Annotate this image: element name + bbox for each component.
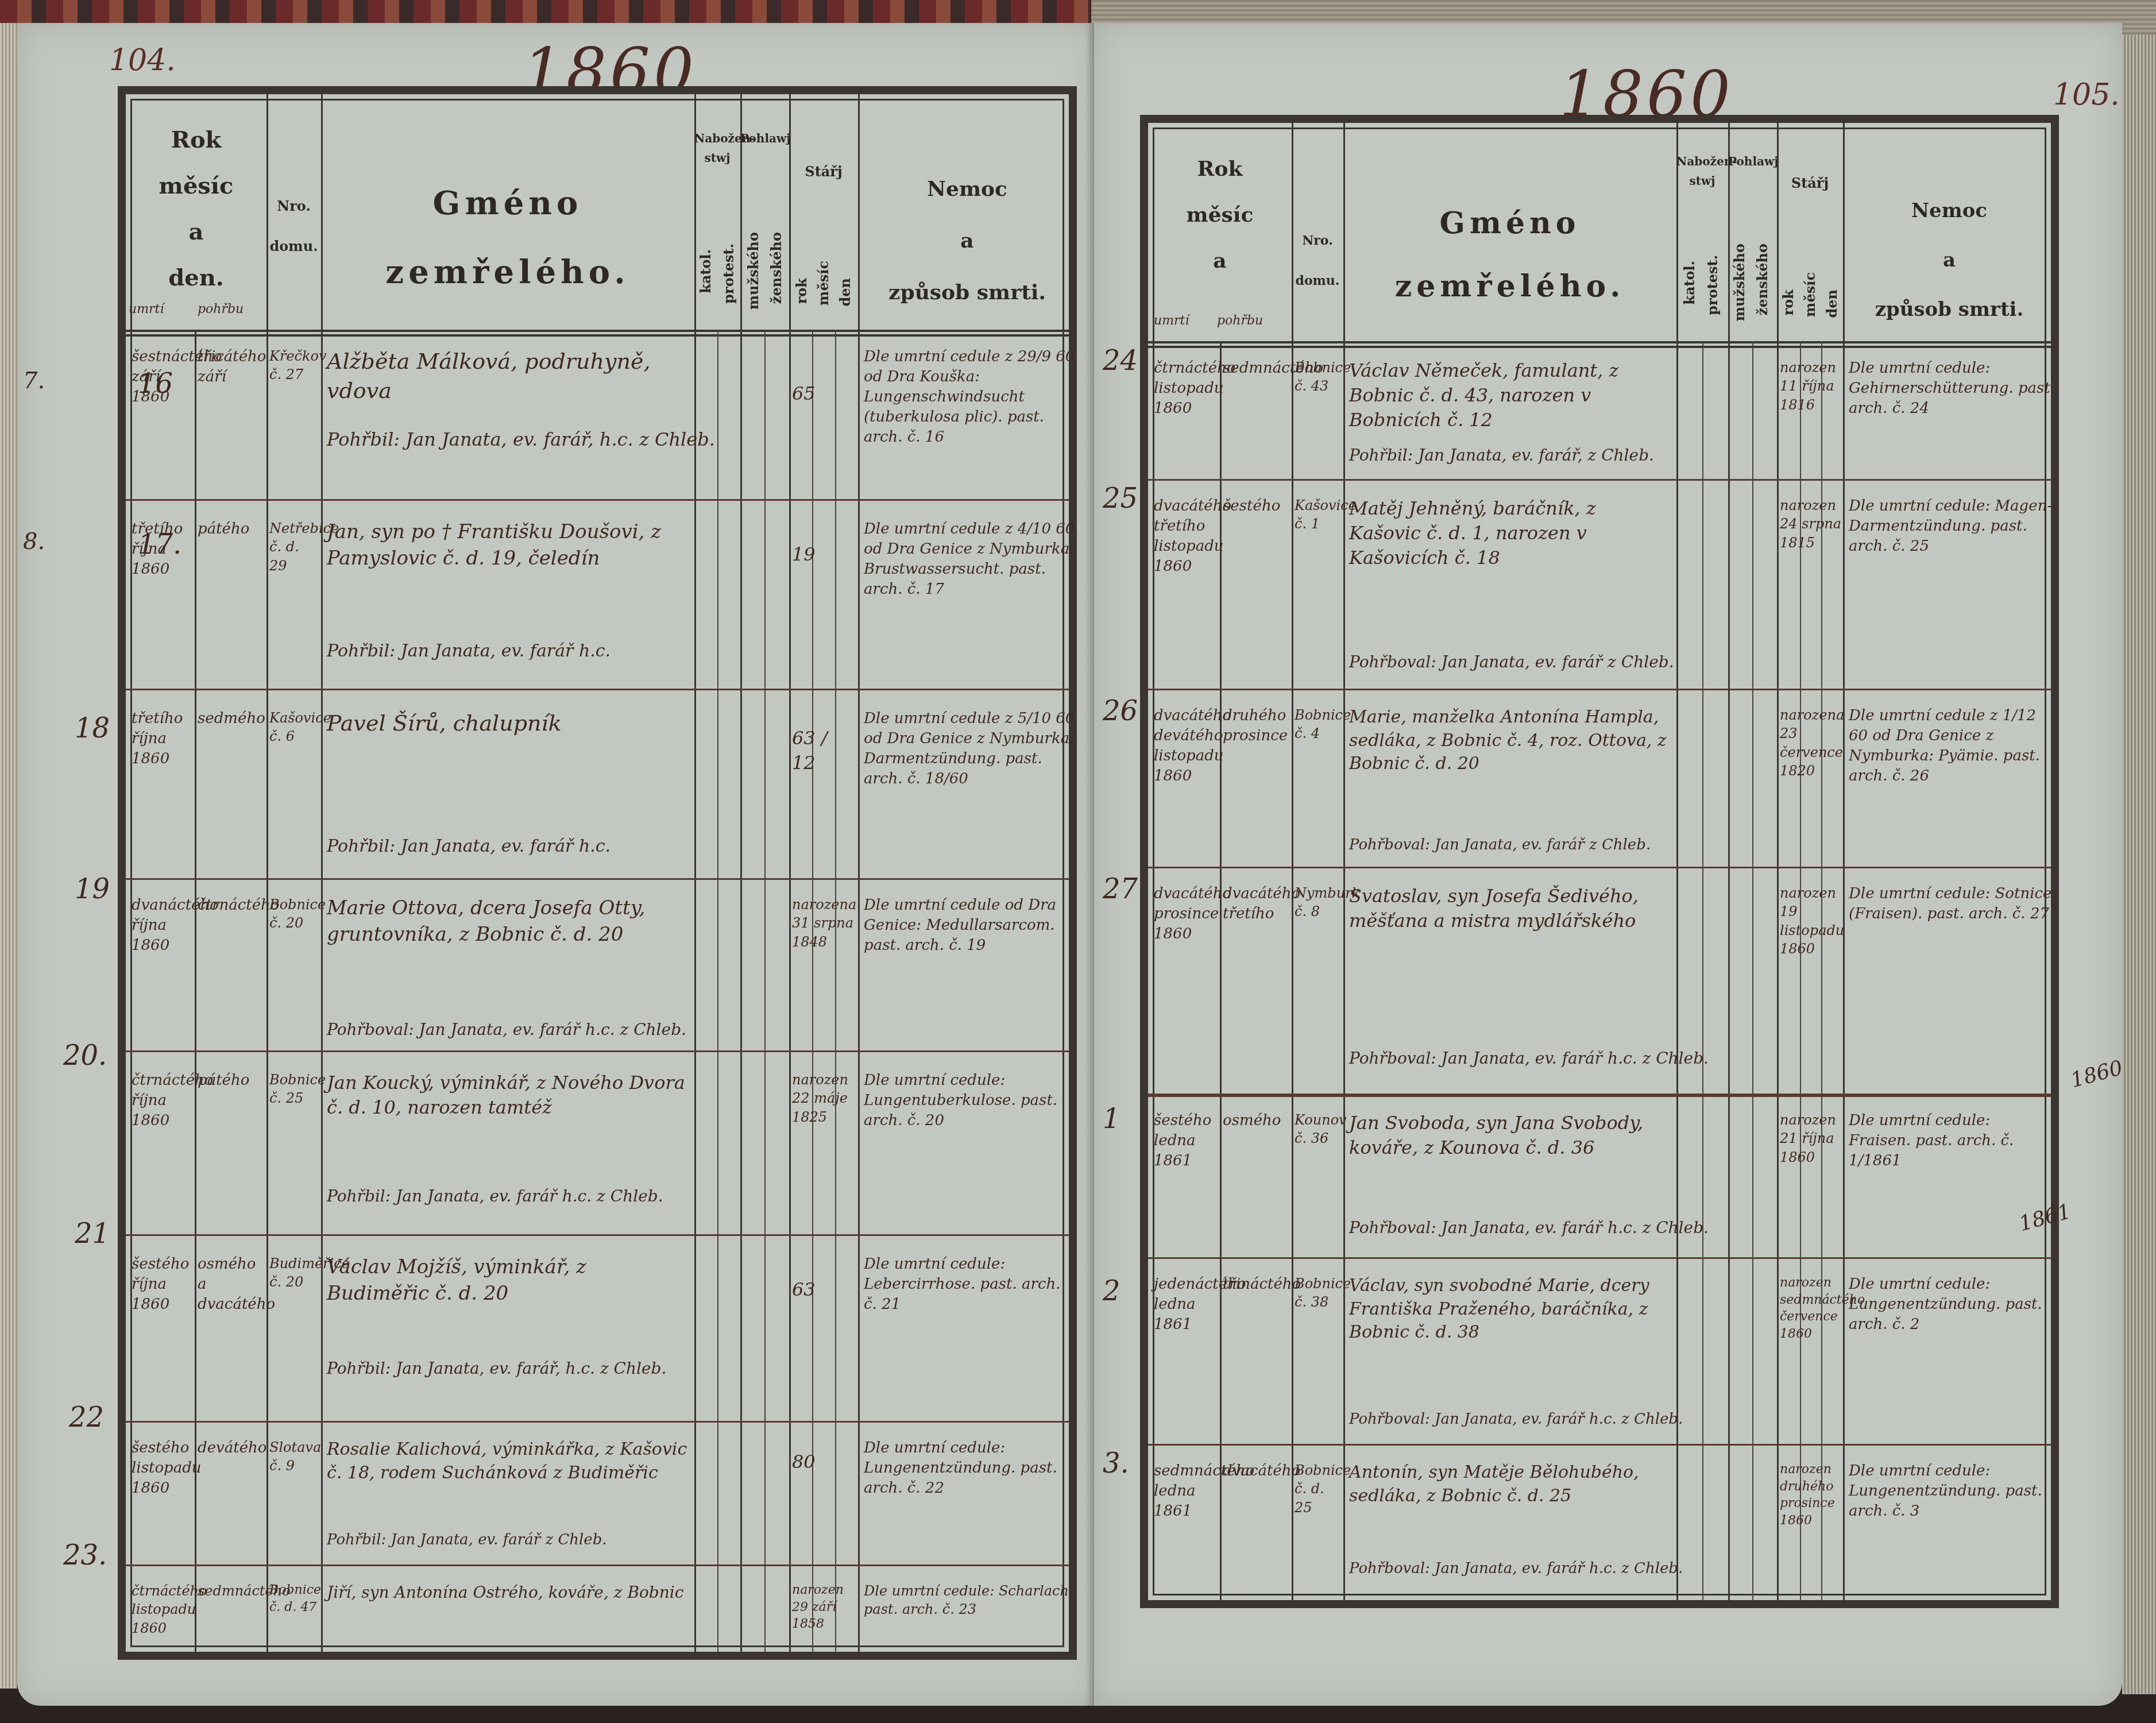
burial-officiant: Pohřboval: Jan Janata, ev. farář h.c. z … — [1349, 1048, 1786, 1069]
header-religion: Nabožen­stwj — [1676, 152, 1728, 191]
entry-number: 20. — [63, 1040, 107, 1072]
header-name: Gméno zemřelého. — [321, 169, 694, 307]
cause-of-death: Dle umrtní cedule: Magen-Darmentzündung.… — [1849, 496, 2055, 557]
cause-of-death: Dle umrtní cedule: Fraisen. past. arch. … — [1849, 1111, 2055, 1171]
burial-date: dvacátého třetího — [1223, 884, 1289, 924]
entry-number: 22 — [69, 1401, 104, 1434]
subheader-male: mužského — [745, 232, 762, 310]
cause-of-death: Dle umrtní cedule: Lungenentzündung. pas… — [1849, 1461, 2055, 1521]
subheader-protestant: protest. — [1704, 255, 1721, 315]
header-date: Rok měsíc a — [1148, 146, 1292, 284]
burial-date: dvacátého — [1223, 1461, 1289, 1481]
entry-number: 1 — [1103, 1103, 1120, 1135]
entry-number: 27 — [1103, 873, 1138, 905]
burial-date: devátého — [198, 1438, 264, 1458]
age: narozen 22 máje 1825 — [792, 1071, 858, 1126]
house-number: Nymburk č. 8 — [1295, 884, 1343, 921]
burial-officiant: Pohřbil: Jan Janata, ev. farář h.c. z Ch… — [327, 1185, 763, 1207]
age: narozen 24 srpna 1815 — [1780, 496, 1843, 552]
age: narozen 19 listopadu 1860 — [1780, 884, 1843, 959]
entry-number: 18 — [75, 712, 110, 744]
cause-of-death: Dle umrtní cedule: Lebercirrhose. past. … — [864, 1254, 1076, 1315]
register-table: Rok měsíc a den. umrtí pohřbu Nro. domu.… — [118, 86, 1077, 1660]
age: narozena 23 července 1820 — [1780, 706, 1843, 781]
header-house-number: Nro. domu. — [266, 186, 321, 266]
cause-of-death: Dle umrtní cedule z 1/12 60 od Dra Genic… — [1849, 706, 2055, 786]
age: narozen druhého prosince 1860 — [1780, 1461, 1843, 1529]
page-edges-right — [2122, 34, 2156, 1694]
left-page: 104. 1860 Rok měsíc a den. umrtí pohřbu … — [17, 23, 1097, 1706]
burial-officiant: Pohřboval: Jan Janata, ev. farář z Chleb… — [1349, 651, 1751, 673]
subheader-burial: pohřbu — [198, 301, 244, 318]
subheader-death: umrtí — [1154, 312, 1189, 330]
header-religion: Nabožen­stwj — [694, 129, 740, 168]
burial-date: sedmého — [198, 709, 264, 729]
house-number: Netřebice č. d. 29 — [269, 519, 318, 575]
right-page: 105. 1860 Rok měsíc a umrtí pohřbu Nro. … — [1094, 23, 2122, 1706]
register-table: Rok měsíc a umrtí pohřbu Nro. domu. Gmén… — [1140, 115, 2059, 1608]
deceased-name: Václav Němeček, famulant, z Bobnic č. d.… — [1349, 358, 1671, 433]
burial-officiant: Pohřbil: Jan Janata, ev. farář h.c. — [327, 640, 763, 663]
entry-number: 16 — [138, 368, 173, 400]
death-date: šestého října 1860 — [132, 1254, 195, 1315]
age: 63 / 12 — [792, 726, 855, 775]
death-date: čtrnáctého listopadu 1860 — [1154, 358, 1220, 419]
page-number: 105. — [2053, 78, 2120, 112]
burial-date: druhého prosince — [1223, 706, 1289, 746]
header-cause-of-death: Nemoc a způsob smrti. — [1843, 186, 2055, 334]
deceased-name: Pavel Šírů, chalupník — [327, 709, 689, 738]
house-number: Slotava č. 9 — [269, 1438, 318, 1475]
header-sex: Pohlawj — [1728, 152, 1777, 171]
age: narozen 21 října 1860 — [1780, 1111, 1843, 1166]
page-number: 104. — [109, 43, 176, 78]
subheader-month: měsíc — [815, 261, 832, 306]
deceased-name: Jiří, syn Antonína Ostrého, kováře, z Bo… — [327, 1582, 689, 1604]
subheader-day: den — [1823, 289, 1840, 318]
cause-of-death: Dle umrtní cedule: Lungenentzündung. pas… — [1849, 1274, 2055, 1335]
cause-of-death: Dle umrtní cedule: Gehirnerschütterung. … — [1849, 358, 2055, 419]
deceased-name: Václav Mojžíš, výminkář, z Budiměřic č. … — [327, 1254, 689, 1307]
burial-date: osmého a dvacátého — [198, 1254, 264, 1315]
table-header: Rok měsíc a umrtí pohřbu Nro. domu. Gmén… — [1148, 123, 2051, 348]
house-number: Bobnice č. 4 — [1295, 706, 1343, 743]
death-date: třetího října 1860 — [132, 709, 195, 769]
death-date: jedenáctého ledna 1861 — [1154, 1274, 1220, 1335]
death-date: dvanáctého října 1860 — [132, 895, 195, 956]
subheader-female: ženského — [1754, 244, 1771, 315]
house-number: Bobnice č. 43 — [1295, 358, 1343, 396]
cause-of-death: Dle umrtní cedule: Lungenentzündung. pas… — [864, 1438, 1076, 1498]
burial-officiant: Pohřboval: Jan Janata, ev. farář h.c. z … — [327, 1019, 763, 1041]
cause-of-death: Dle umrtní cedule z 4/10 60 od Dra Genic… — [864, 519, 1076, 600]
page-edges-left — [0, 23, 17, 1689]
house-number: Kounov č. 36 — [1295, 1111, 1343, 1148]
burial-officiant: Pohřbil: Jan Janata, ev. farář, h.c. z C… — [327, 427, 763, 452]
subheader-death: umrtí — [129, 301, 164, 318]
house-number: Budiměřice č. 20 — [269, 1254, 318, 1292]
cause-of-death: Dle umrtní cedule: Lungentuberkulose. pa… — [864, 1071, 1076, 1131]
entry-number: 23. — [63, 1539, 107, 1571]
entry-number: 25 — [1103, 482, 1138, 515]
burial-date: sedmnáctého — [1223, 358, 1289, 378]
book-binding — [0, 0, 1120, 23]
subheader-burial: pohřbu — [1217, 312, 1263, 330]
subheader-male: mužského — [1731, 244, 1748, 321]
burial-officiant: Pohřboval: Jan Janata, ev. farář h.c. z … — [1349, 1559, 1786, 1579]
deceased-name: Marie Ottova, dcera Josefa Otty, gruntov… — [327, 895, 689, 948]
subheader-day: den — [837, 278, 853, 307]
age: narozen 29 září 1858 — [792, 1582, 858, 1633]
house-number: Bobnice č. 25 — [269, 1071, 318, 1108]
burial-date: pátého — [198, 519, 264, 539]
deceased-name: Marie, manželka Antonína Hampla, sedláka… — [1349, 706, 1671, 776]
house-number: Bobnice č. d. 25 — [1295, 1461, 1343, 1517]
death-date: sedmnáctého ledna 1861 — [1154, 1461, 1220, 1521]
deceased-name: Matěj Jehněný, baráčník, z Kašovic č. d.… — [1349, 496, 1671, 571]
cause-of-death: Dle umrtní cedule: Scharlach. past. arch… — [864, 1582, 1076, 1619]
table-header: Rok měsíc a den. umrtí pohřbu Nro. domu.… — [126, 94, 1069, 337]
death-date: šestého ledna 1861 — [1154, 1111, 1220, 1171]
entry-number: 2 — [1103, 1275, 1120, 1307]
house-number: Kašovice č. 6 — [269, 709, 318, 746]
margin-mark: 7. — [23, 368, 45, 394]
age: 65 — [792, 381, 855, 406]
death-date: dvacátého devátého listopadu 1860 — [1154, 706, 1220, 786]
burial-officiant: Pohřbil: Jan Janata, ev. farář, z Chleb. — [1349, 445, 1751, 466]
subheader-protestant: protest. — [720, 244, 737, 304]
cause-of-death: Dle umrtní cedule od Dra Genice: Medulla… — [864, 895, 1076, 956]
header-age: Stářj — [1777, 175, 1843, 191]
burial-date: třináctého — [1223, 1274, 1289, 1295]
deceased-name: Antonín, syn Matěje Bělohubého, sedláka,… — [1349, 1461, 1671, 1508]
cause-of-death: Dle umrtní cedule: Sotnice (Fraisen). pa… — [1849, 884, 2055, 924]
cause-of-death: Dle umrtní cedule z 29/9 60 od Dra Koušk… — [864, 347, 1076, 447]
death-date: čtrnáctého října 1860 — [132, 1071, 195, 1131]
burial-officiant: Pohřboval: Jan Janata, ev. farář h.c. z … — [1349, 1217, 1786, 1239]
cause-of-death: Dle umrtní cedule z 5/10 60 od Dra Genic… — [864, 709, 1076, 789]
entry-number: 3. — [1103, 1447, 1129, 1479]
subheader-year: rok — [1780, 289, 1796, 315]
subheader-catholic: katol. — [1681, 261, 1698, 305]
burial-officiant: Pohřbil: Jan Janata, ev. farář, h.c. z C… — [327, 1358, 763, 1380]
burial-date: třicátého září — [198, 347, 264, 387]
subheader-catholic: katol. — [697, 249, 714, 293]
header-sex: Pohlawj — [740, 129, 789, 148]
subheader-year: rok — [793, 278, 810, 304]
house-number: Bobnice č. 20 — [269, 895, 318, 933]
burial-date: šestého — [1223, 496, 1289, 516]
age: narozen sedmnáctého července 1860 — [1780, 1274, 1843, 1343]
header-name: Gméno zemřelého. — [1343, 192, 1676, 318]
deceased-name: Alžběta Málková, podruhyně, vdova — [327, 347, 689, 406]
header-house-number: Nro. domu. — [1292, 221, 1343, 301]
burial-date: sedmnáctého — [198, 1582, 264, 1600]
entry-number: 24 — [1103, 345, 1138, 377]
entry-number: 19 — [75, 873, 110, 905]
death-date: šestého listopadu 1860 — [132, 1438, 195, 1498]
house-number: Bobnice č. d. 47 — [269, 1582, 318, 1616]
age: narozen 11 října 1816 — [1780, 358, 1843, 414]
death-date: čtrnáctého listopadu 1860 — [132, 1582, 195, 1637]
deceased-name: Václav, syn svobodné Marie, dcery Franti… — [1349, 1274, 1671, 1345]
entry-number: 21 — [75, 1218, 110, 1250]
deceased-name: Jan, syn po † Františku Doušovi, z Pamys… — [327, 519, 689, 572]
house-number: Kašovice č. 1 — [1295, 496, 1343, 534]
deceased-name: Jan Svoboda, syn Jana Svobody, kováře, z… — [1349, 1111, 1671, 1160]
burial-date: osmého — [1223, 1111, 1289, 1131]
subheader-month: měsíc — [1802, 272, 1818, 317]
house-number: Křečkov č. 27 — [269, 347, 318, 384]
entry-number: 17. — [138, 528, 181, 561]
margin-mark: 8. — [23, 528, 45, 555]
entry-number: 26 — [1103, 695, 1138, 727]
age: 63 — [792, 1277, 855, 1302]
deceased-name: Jan Koucký, výminkář, z Nového Dvora č. … — [327, 1071, 689, 1120]
header-cause-of-death: Nemoc a způsob smrti. — [858, 163, 1076, 318]
age: 80 — [792, 1450, 855, 1474]
burial-date: pátého — [198, 1071, 264, 1091]
death-date: dvacátého prosince 1860 — [1154, 884, 1220, 944]
subheader-female: ženského — [768, 232, 785, 304]
deceased-name: Rosalie Kalichová, výminkářka, z Kašovic… — [327, 1438, 689, 1485]
header-date: Rok měsíc a den. — [126, 117, 266, 301]
burial-date: čtrnáctého — [198, 895, 264, 915]
deceased-name: Svatoslav, syn Josefa Šedivého, měšťana … — [1349, 884, 1671, 933]
age: 19 — [792, 542, 855, 567]
year-annotation: 1860 — [2068, 1056, 2125, 1092]
burial-officiant: Pohřbil: Jan Janata, ev. farář h.c. — [327, 835, 763, 859]
header-age: Stářj — [789, 163, 858, 180]
death-date: dvacátého třetího listopadu 1860 — [1154, 496, 1220, 577]
age: narozena 31 srpna 1848 — [792, 895, 858, 951]
burial-officiant: Pohřbil: Jan Janata, ev. farář z Chleb. — [327, 1530, 763, 1550]
burial-officiant: Pohřboval: Jan Janata, ev. farář h.c. z … — [1349, 1409, 1786, 1430]
house-number: Bobnice č. 38 — [1295, 1274, 1343, 1312]
burial-officiant: Pohřboval: Jan Janata, ev. farář z Chleb… — [1349, 835, 1751, 855]
